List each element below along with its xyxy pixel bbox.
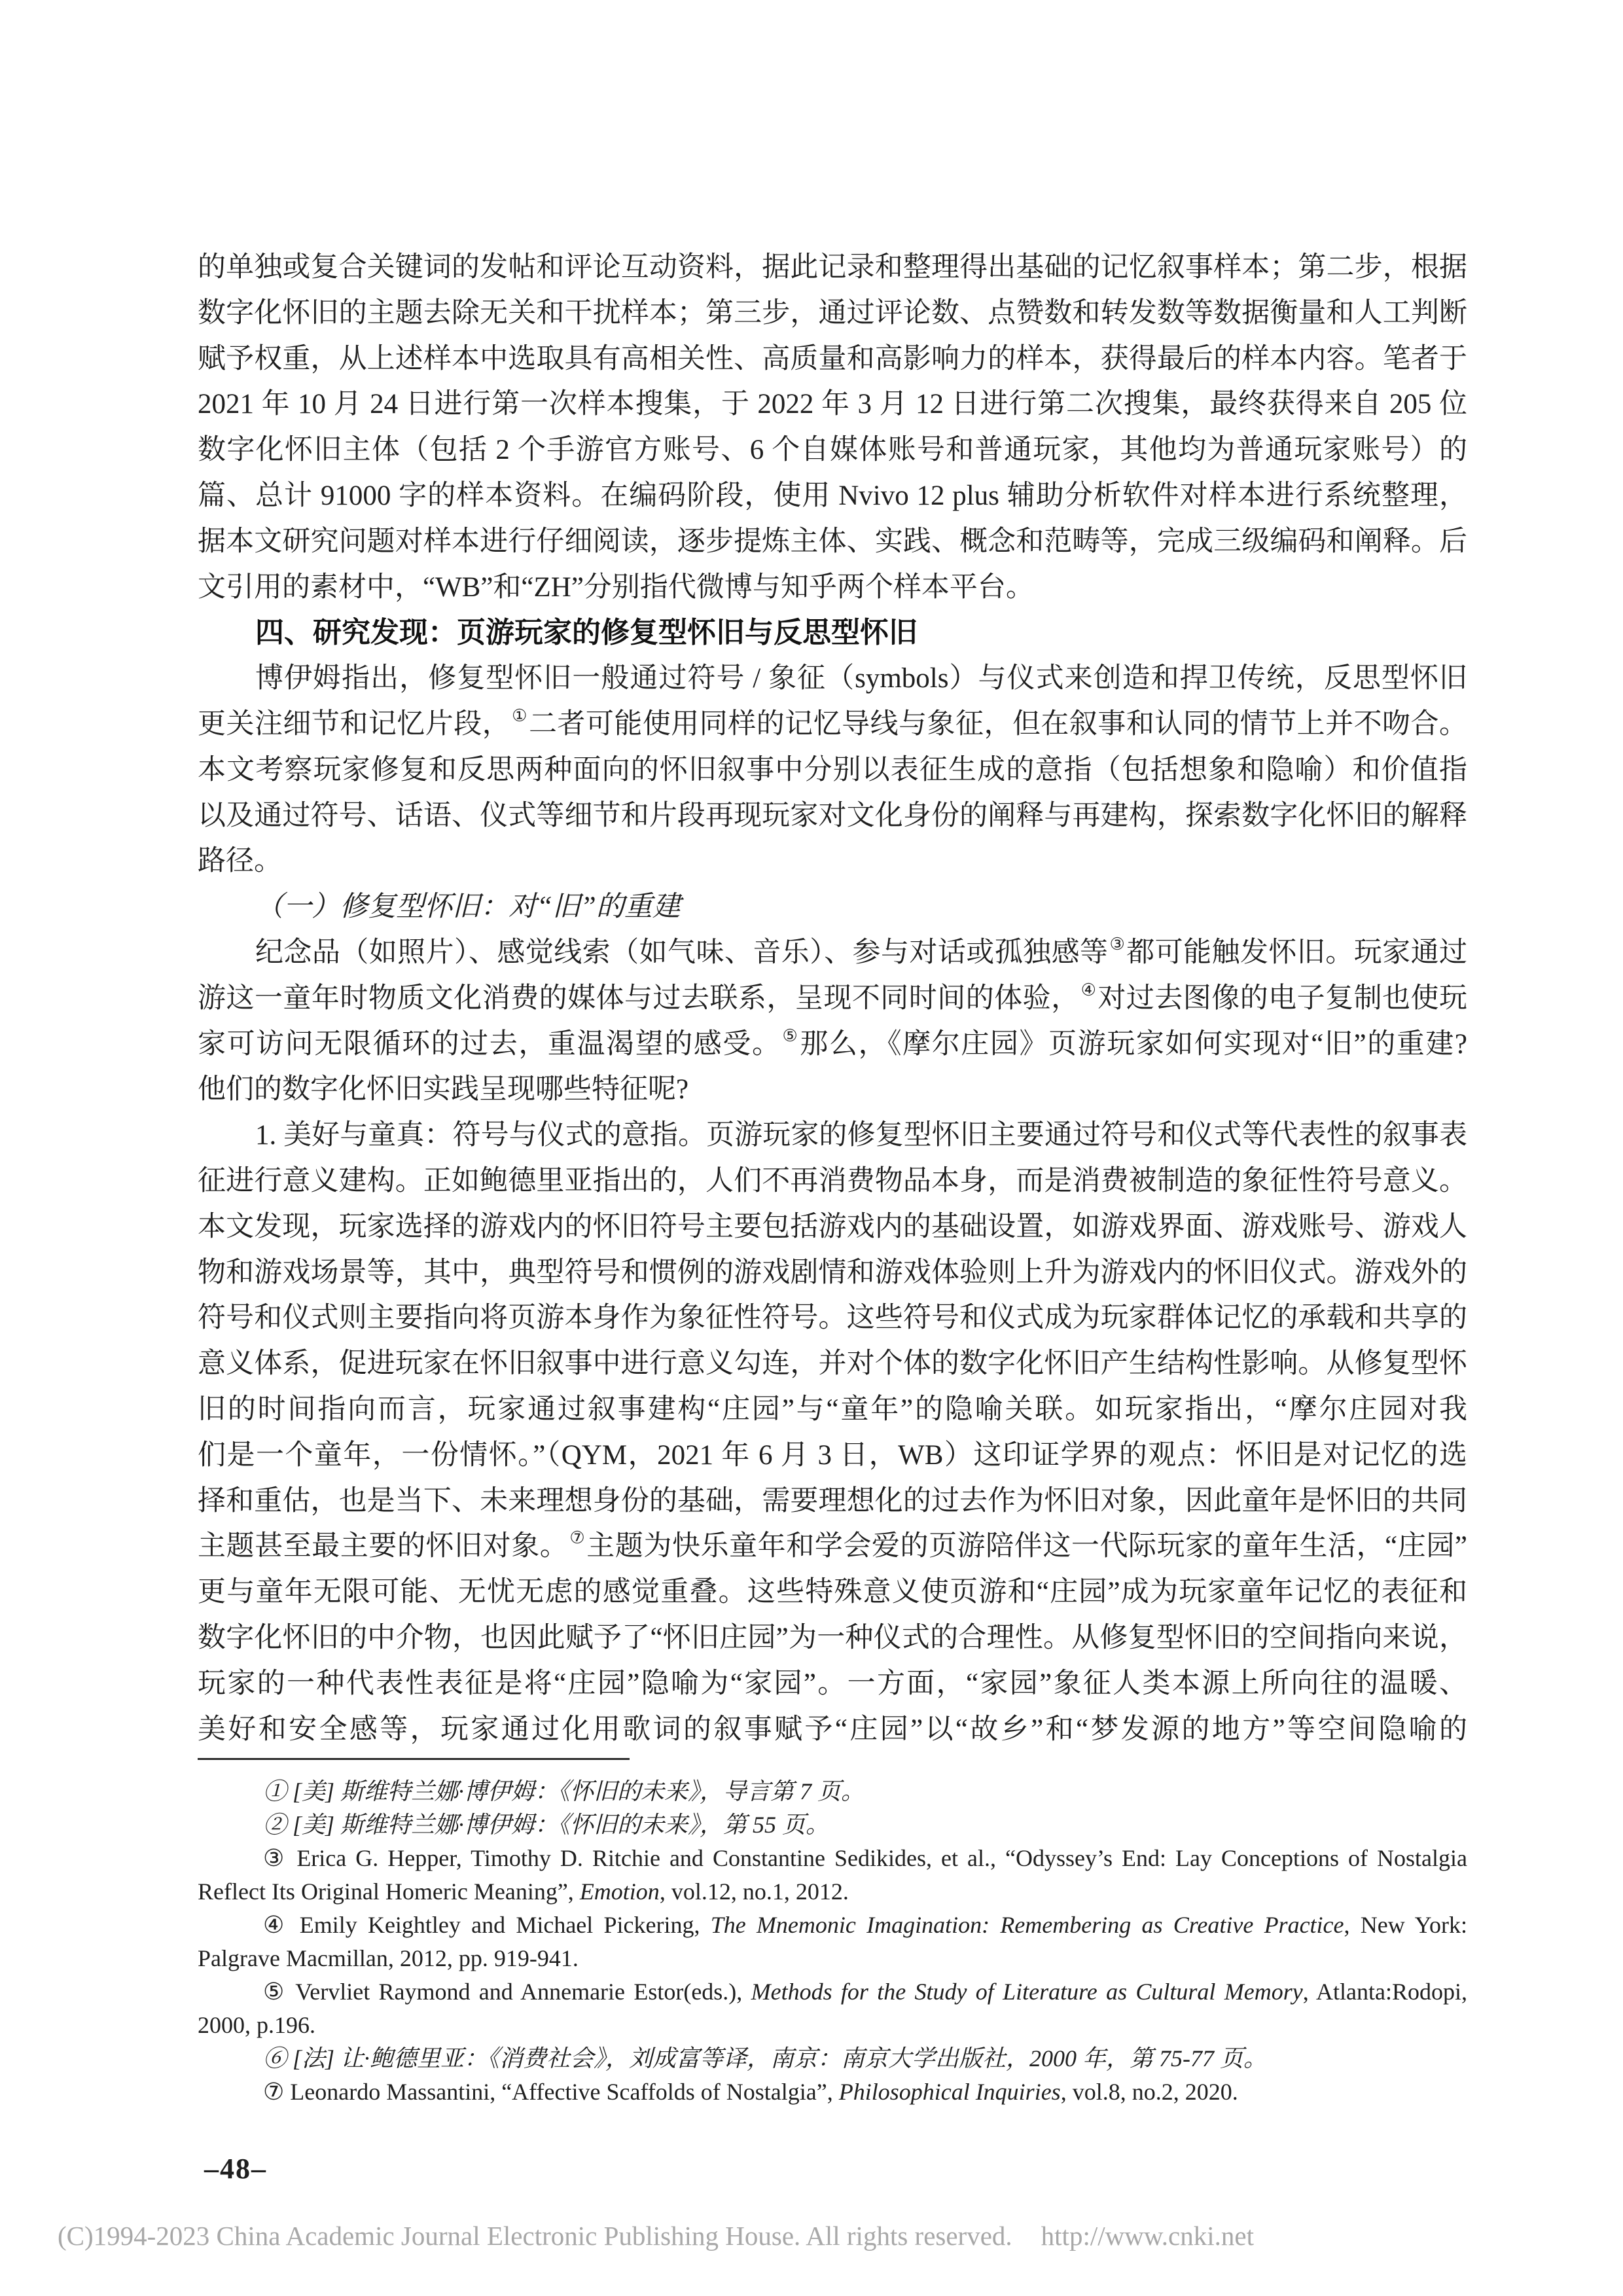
footnote-work-title: Emotion: [580, 1878, 660, 1905]
footnote-text: ⑥ [法] 让·鲍德里亚：《消费社会》，刘成富等译，南京：南京大学出版社，200…: [263, 2045, 1267, 2072]
text-line: 更关注细节和记忆片段，①二者可能使用同样的记忆导线与象征，但在叙事和认同的情节上…: [198, 702, 1467, 747]
text-line: 1. 美好与童真：符号与仪式的意指。页游玩家的修复型怀旧主要通过符号和仪式等代表…: [198, 1113, 1467, 1158]
text-line: 篇、总计 91000 字的样本资料。在编码阶段，使用 Nvivo 12 plus…: [198, 473, 1467, 519]
footnote-ref: ①: [510, 706, 529, 725]
text-line: 主题甚至最主要的怀旧对象。⑦主题为快乐童年和学会爱的页游陪伴这一代际玩家的童年生…: [198, 1524, 1467, 1570]
footnote-text: ① [美] 斯维特兰娜·博伊姆：《怀旧的未来》，导言第 7 页。: [263, 1778, 865, 1804]
footnote-ref: ③: [1108, 935, 1126, 954]
footnote-item: ④ Emily Keightley and Michael Pickering,…: [198, 1909, 1467, 1975]
text-line: 路径。: [198, 838, 1467, 884]
text-line: 数字化怀旧的主题去除无关和干扰样本；第三步，通过评论数、点赞数和转发数等数据衡量…: [198, 291, 1467, 336]
text-line: 旧的时间指向而言，玩家通过叙事建构“庄园”与“童年”的隐喻关联。如玩家指出，“摩…: [198, 1387, 1467, 1433]
paragraph: 纪念品（如照片）、感觉线索（如气味、音乐）、参与对话或孤独感等③都可能触发怀旧。…: [198, 930, 1467, 1113]
text-line: 符号和仪式则主要指向将页游本身作为象征性符号。这些符号和仪式成为玩家群体记忆的承…: [198, 1295, 1467, 1341]
footnote-work-title: Methods for the Study of Literature as C…: [751, 1979, 1303, 2005]
section-heading-text: 四、研究发现：页游玩家的修复型怀旧与反思型怀旧: [255, 617, 918, 649]
text-line: 家可访问无限循环的过去，重温渴望的感受。⑤那么，《摩尔庄园》页游玩家如何实现对“…: [198, 1022, 1467, 1067]
text-line: 的单独或复合关键词的发帖和评论互动资料，据此记录和整理得出基础的记忆叙事样本；第…: [198, 245, 1467, 291]
text-line: 游这一童年时物质文化消费的媒体与过去联系，呈现不同时间的体验，④对过去图像的电子…: [198, 976, 1467, 1022]
footnote-separator: [198, 1758, 630, 1760]
text-line: 纪念品（如照片）、感觉线索（如气味、音乐）、参与对话或孤独感等③都可能触发怀旧。…: [198, 930, 1467, 976]
section-heading: 四、研究发现：页游玩家的修复型怀旧与反思型怀旧: [198, 610, 1467, 656]
footnote-text: ⑤ Vervliet Raymond and Annemarie Estor(e…: [263, 1979, 751, 2005]
paragraph: 博伊姆指出，修复型怀旧一般通过符号 / 象征（symbols）与仪式来创造和捍卫…: [198, 656, 1467, 884]
text-line: 美好和安全感等，玩家通过化用歌词的叙事赋予“庄园”以“故乡”和“梦发源的地方”等…: [198, 1707, 1467, 1753]
footnote-text: , vol.8, no.2, 2020.: [1061, 2079, 1238, 2105]
subsection-heading: （一）修复型怀旧：对“旧”的重建: [198, 884, 1467, 930]
footnote-item: ② [美] 斯维特兰娜·博伊姆：《怀旧的未来》，第 55 页。: [198, 1808, 1467, 1842]
footnote-text: ④ Emily Keightley and Michael Pickering,: [263, 1912, 711, 1938]
text-line: 物和游戏场景等，其中，典型符号和惯例的游戏剧情和游戏体验则上升为游戏内的怀旧仪式…: [198, 1250, 1467, 1296]
footnote-ref: ④: [1080, 980, 1098, 999]
text-line: 数字化怀旧主体（包括 2 个手游官方账号、6 个自媒体账号和普通玩家，其他均为普…: [198, 427, 1467, 473]
text-line: 择和重估，也是当下、未来理想身份的基础，需要理想化的过去作为怀旧对象，因此童年是…: [198, 1479, 1467, 1524]
text-line: 本文发现，玩家选择的游戏内的怀旧符号主要包括游戏内的基础设置，如游戏界面、游戏账…: [198, 1204, 1467, 1250]
page-number: –48–: [204, 2152, 267, 2185]
text-line: 更与童年无限可能、无忧无虑的感觉重叠。这些特殊意义使页游和“庄园”成为玩家童年记…: [198, 1570, 1467, 1615]
paragraph: 1. 美好与童真：符号与仪式的意指。页游玩家的修复型怀旧主要通过符号和仪式等代表…: [198, 1113, 1467, 1752]
footnote-work-title: The Mnemonic Imagination: Remembering as…: [711, 1912, 1344, 1938]
footnote-item: ① [美] 斯维特兰娜·博伊姆：《怀旧的未来》，导言第 7 页。: [198, 1775, 1467, 1808]
article-body: 的单独或复合关键词的发帖和评论互动资料，据此记录和整理得出基础的记忆叙事样本；第…: [198, 245, 1467, 1752]
footnote-text: , vol.12, no.1, 2012.: [660, 1878, 849, 1905]
text-line: 赋予权重，从上述样本中选取具有高相关性、高质量和高影响力的样本，获得最后的样本内…: [198, 336, 1467, 382]
footnote-text: ⑦ Leonardo Massantini, “Affective Scaffo…: [263, 2079, 839, 2105]
text-line: 以及通过符号、话语、仪式等细节和片段再现玩家对文化身份的阐释与再建构，探索数字化…: [198, 793, 1467, 839]
text-line: 他们的数字化怀旧实践呈现哪些特征呢?: [198, 1067, 1467, 1113]
footnote-work-title: Philosophical Inquiries: [839, 2079, 1061, 2105]
footnote-ref: ⑦: [568, 1528, 586, 1547]
text-line: 博伊姆指出，修复型怀旧一般通过符号 / 象征（symbols）与仪式来创造和捍卫…: [198, 656, 1467, 702]
footer-url: http://www.cnki.net: [1041, 2221, 1254, 2251]
footnote-text: ② [美] 斯维特兰娜·博伊姆：《怀旧的未来》，第 55 页。: [263, 1812, 829, 1838]
footnote-ref: ⑤: [781, 1026, 800, 1045]
paragraph-continued: 的单独或复合关键词的发帖和评论互动资料，据此记录和整理得出基础的记忆叙事样本；第…: [198, 245, 1467, 610]
text-line: 本文考察玩家修复和反思两种面向的怀旧叙事中分别以表征生成的意指（包括想象和隐喻）…: [198, 747, 1467, 793]
footnote-item: ③ Erica G. Hepper, Timothy D. Ritchie an…: [198, 1842, 1467, 1909]
text-line: 玩家的一种代表性表征是将“庄园”隐喻为“家园”。一方面，“家园”象征人类本源上所…: [198, 1661, 1467, 1707]
footnotes-section: ① [美] 斯维特兰娜·博伊姆：《怀旧的未来》，导言第 7 页。② [美] 斯维…: [198, 1775, 1467, 2109]
text-line: 2021 年 10 月 24 日进行第一次样本搜集，于 2022 年 3 月 1…: [198, 382, 1467, 427]
footnote-item: ⑥ [法] 让·鲍德里亚：《消费社会》，刘成富等译，南京：南京大学出版社，200…: [198, 2042, 1467, 2075]
footnote-item: ⑦ Leonardo Massantini, “Affective Scaffo…: [198, 2075, 1467, 2109]
text-line: 意义体系，促进玩家在怀旧叙事中进行意义勾连，并对个体的数字化怀旧产生结构性影响。…: [198, 1341, 1467, 1387]
copyright-footer: (C)1994-2023 China Academic Journal Elec…: [58, 2220, 1254, 2251]
footnote-item: ⑤ Vervliet Raymond and Annemarie Estor(e…: [198, 1975, 1467, 2042]
text-line: 征进行意义建构。正如鲍德里亚指出的，人们不再消费物品本身，而是消费被制造的象征性…: [198, 1158, 1467, 1204]
subsection-heading-text: （一）修复型怀旧：对“旧”的重建: [255, 891, 681, 922]
text-line: 文引用的素材中，“WB”和“ZH”分别指代微博与知乎两个样本平台。: [198, 565, 1467, 611]
text-line: 们是一个童年，一份情怀。”（QYM，2021 年 6 月 3 日，WB）这印证学…: [198, 1433, 1467, 1479]
text-line: 数字化怀旧的中介物，也因此赋予了“怀旧庄园”为一种仪式的合理性。从修复型怀旧的空…: [198, 1615, 1467, 1661]
page: 的单独或复合关键词的发帖和评论互动资料，据此记录和整理得出基础的记忆叙事样本；第…: [0, 0, 1623, 2296]
copyright-text: (C)1994-2023 China Academic Journal Elec…: [58, 2221, 1012, 2251]
text-line: 据本文研究问题对样本进行仔细阅读，逐步提炼主体、实践、概念和范畴等，完成三级编码…: [198, 519, 1467, 565]
